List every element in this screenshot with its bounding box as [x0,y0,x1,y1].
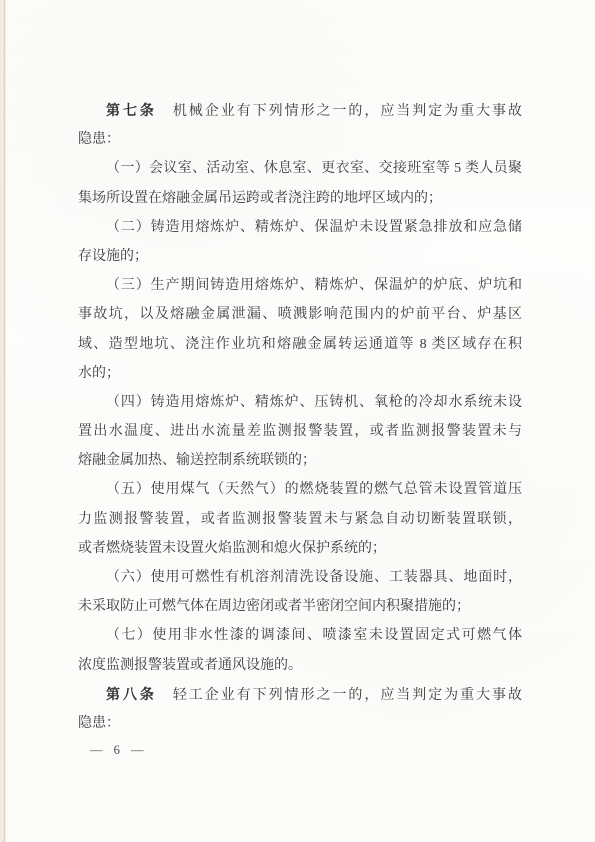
scan-paper-edge [0,0,6,842]
text-line: （三）生产期间铸造用熔炼炉、精炼炉、保温炉的炉底、炉坑和 [78,271,522,300]
text-line: 第八条 轻工企业有下列情形之一的，应当判定为重大事故 [78,680,522,709]
text-line: 域、造型地坑、浇注作业坑和熔融金属转运通道等 8 类区域存在积 [78,330,522,359]
scanned-document-page: { "page": { "number_label": "— 6 —" }, "… [0,0,595,842]
text-line: 集场所设置在熔融金属吊运跨或者浇注跨的地坪区域内的； [78,184,522,213]
text-line: （二）铸造用熔炼炉、精炼炉、保温炉未设置紧急排放和应急储 [78,213,522,242]
text-line: （七）使用非水性漆的调漆间、喷漆室未设置固定式可燃气体 [78,621,522,650]
text-line: 置出水温度、进出水流量差监测报警装置，或者监测报警装置未与 [78,417,522,446]
text-line: 水的； [78,359,522,388]
text-line: 事故坑，以及熔融金属泄漏、喷溅影响范围内的炉前平台、炉基区 [78,300,522,329]
text-line: （四）铸造用熔炼炉、精炼炉、压铸机、氧枪的冷却水系统未设 [78,388,522,417]
text-line: 隐患： [78,709,522,738]
page-number: — 6 — [90,742,148,758]
article-number-label: 第八条 [106,686,157,702]
text-line: 熔融金属加热、输送控制系统联锁的； [78,446,522,475]
text-line: 第七条 机械企业有下列情形之一的，应当判定为重大事故 [78,96,522,125]
text-line: （五）使用煤气（天然气）的燃烧装置的燃气总管未设置管道压 [78,475,522,504]
text-line: 存设施的； [78,242,522,271]
text-line: （一）会议室、活动室、休息室、更衣室、交接班室等 5 类人员聚 [78,154,522,183]
article-number-label: 第七条 [106,102,157,118]
text-line: 浓度监测报警装置或者通风设施的。 [78,651,522,680]
text-line: 未采取防止可燃气体在周边密闭或者半密闭空间内积聚措施的； [78,592,522,621]
document-body: 第七条 机械企业有下列情形之一的，应当判定为重大事故隐患：（一）会议室、活动室、… [78,96,522,738]
text-line: 力监测报警装置，或者监测报警装置未与紧急自动切断装置联锁， [78,505,522,534]
text-line: （六）使用可燃性有机溶剂清洗设备设施、工装器具、地面时， [78,563,522,592]
text-line: 隐患： [78,125,522,154]
text-line: 或者燃烧装置未设置火焰监测和熄火保护系统的； [78,534,522,563]
